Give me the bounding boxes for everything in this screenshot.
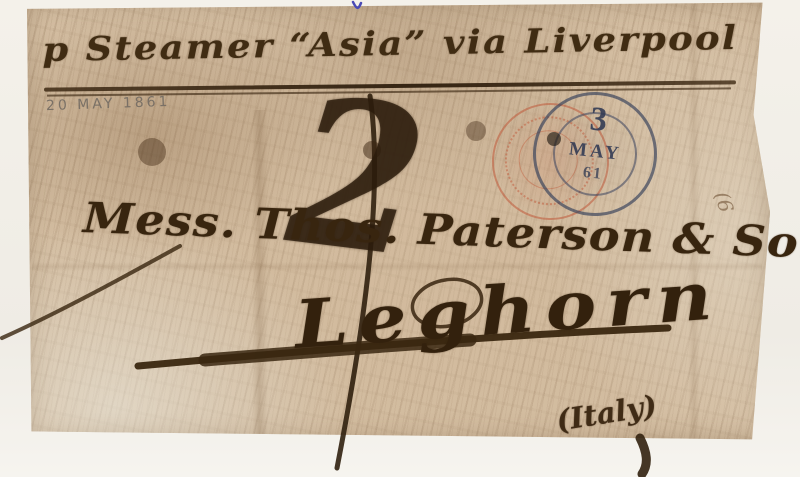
- vertical-fold-crease: [252, 110, 268, 442]
- scanned-cover-photo: 3 MAY 61 p Steamer “Asia” via Liverpool …: [0, 0, 800, 477]
- manuscript-rate-mark: 2: [280, 69, 435, 286]
- italy-tail-stroke: [640, 438, 646, 474]
